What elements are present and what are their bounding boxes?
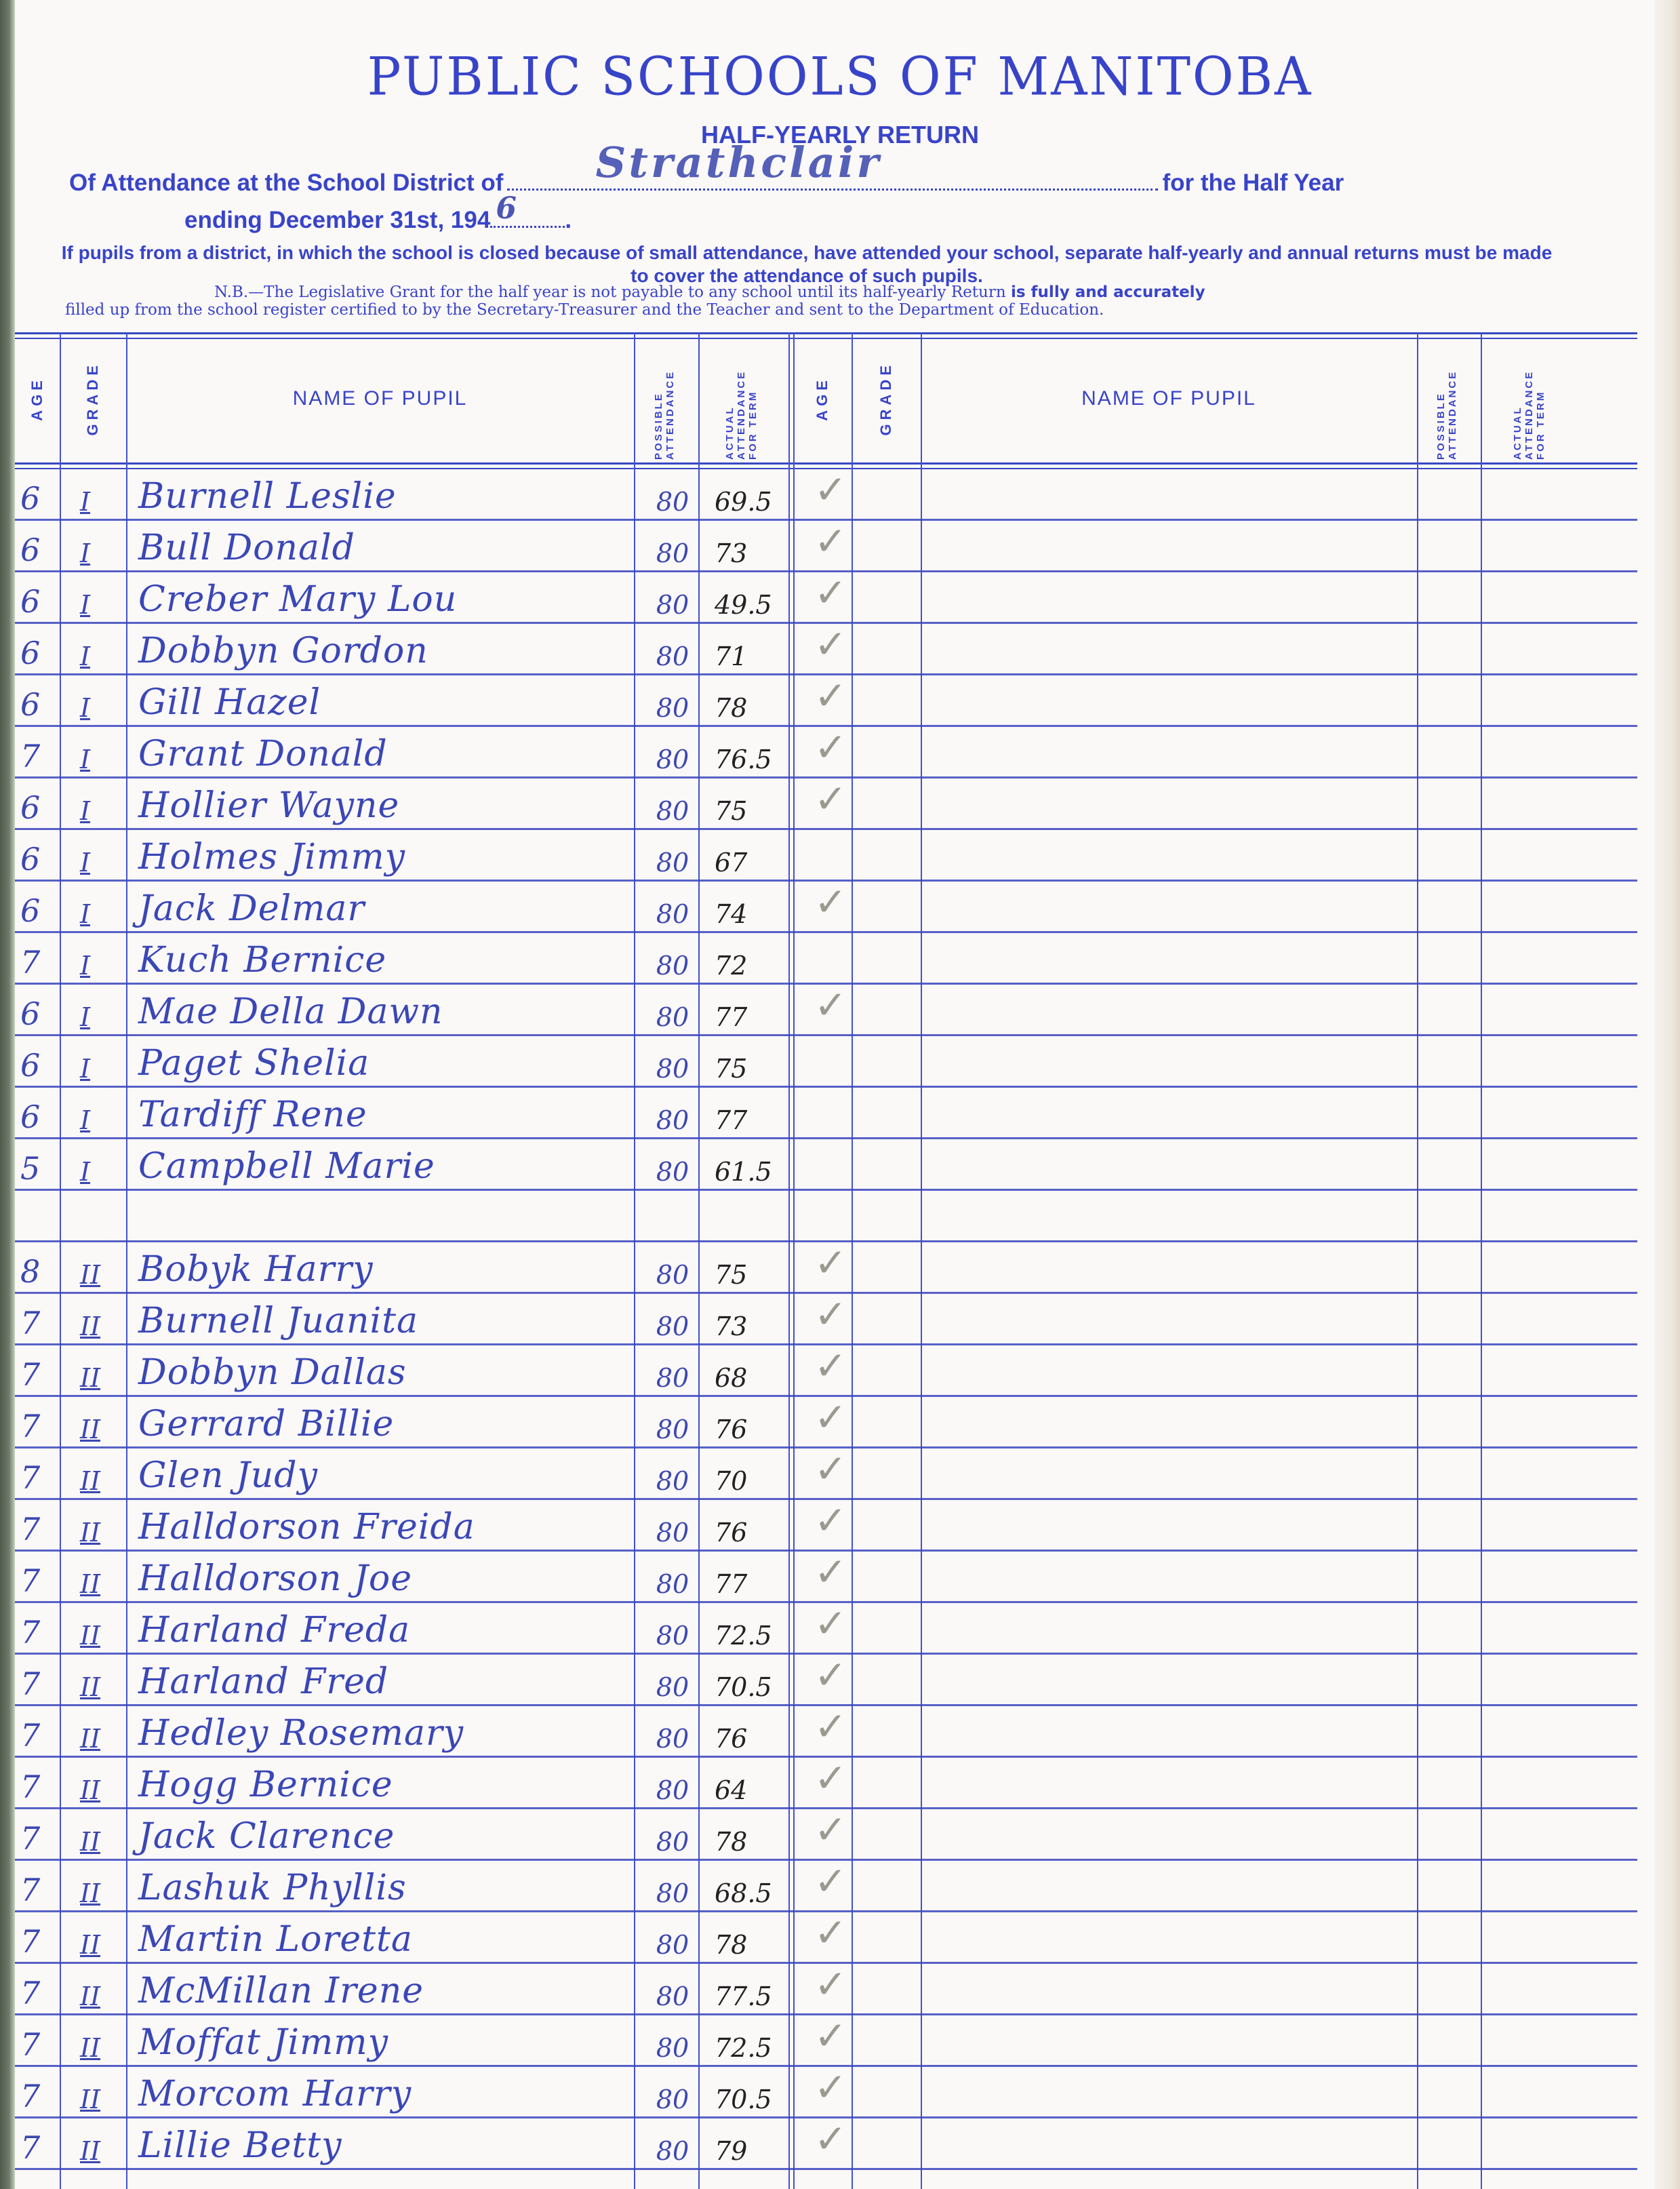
pupil-age: 8 [20,1253,61,1290]
pupil-grade: II [80,1724,121,1754]
pupil-age: 6 [20,841,61,877]
pupil-name: Lashuk Phyllis [138,1868,654,1908]
pupil-name: Bobyk Harry [138,1249,654,1290]
pupil-name: Morcom Harry [138,2074,654,2114]
pupil-grade: I [80,848,121,877]
pupil-name: Creber Mary Lou [138,579,654,620]
nb-text2: filled up from the school register certi… [65,301,1557,319]
pupil-grade: II [80,2033,121,2063]
pupil-grade: I [80,642,121,671]
pupil-age: 6 [20,686,61,723]
pupil-name: Dobbyn Gordon [138,631,654,671]
pupil-age: 7 [20,1717,61,1754]
pupil-name: Halldorson Freida [138,1507,654,1547]
actual-attendance: 76 [715,1724,789,1754]
pupil-age: 6 [20,789,61,826]
header-possible: POSSIBLE ATTENDANCE [634,338,698,460]
table-row[interactable]: 7IKuch Bernice8072 [15,933,1637,985]
actual-attendance: 75 [715,1054,789,1084]
pupil-age: 6 [20,892,61,929]
table-row[interactable]: 7IIHalldorson Joe8077✓ [15,1552,1637,1603]
pupil-age: 7 [20,1459,61,1496]
pupil-grade: I [80,1157,121,1187]
actual-attendance: 77 [715,1002,789,1032]
pupil-name: Grant Donald [138,734,654,774]
ending-line: ending December 31st, 1946. [184,207,572,234]
pupil-age: 7 [20,1614,61,1651]
actual-attendance: 71 [715,642,789,671]
nb-note: N.B.—The Legislative Grant for the half … [65,283,1557,319]
actual-attendance: 64 [715,1775,789,1805]
possible-attendance: 80 [645,1981,700,2011]
check-mark-icon: ✓ [807,724,854,770]
table-row[interactable]: 8IIBobyk Harry8075✓ [15,1242,1637,1294]
check-mark-icon: ✓ [807,621,854,667]
pupil-grade: II [80,2136,121,2166]
nb-bold: is fully and accurately [1011,283,1205,301]
header-grade: GRADE [60,338,126,460]
check-mark-icon: ✓ [807,1910,854,1956]
table-row[interactable]: 6IHollier Wayne8075✓ [15,778,1637,830]
pupil-age: 7 [20,2078,61,2114]
pupil-age: 7 [20,1665,61,1702]
pupil-name: Burnell Juanita [138,1301,654,1341]
table-row[interactable]: 7IIMoffat Jimmy8072.5✓ [15,2015,1637,2067]
actual-attendance: 77.5 [715,1981,789,2011]
possible-attendance: 80 [645,1775,700,1805]
actual-attendance: 79 [715,2136,789,2166]
pupil-grade: II [80,1312,121,1341]
header-bottom-rule [15,462,1637,465]
pupil-age: 5 [20,1150,61,1187]
pupil-name: Lillie Betty [138,2125,654,2166]
check-mark-icon: ✓ [807,1652,854,1698]
actual-attendance: 72.5 [715,2033,789,2063]
actual-attendance: 75 [715,796,789,826]
header-age: AGE [15,338,60,460]
pupil-age: 6 [20,532,61,568]
actual-attendance: 69.5 [715,487,789,517]
possible-attendance: 80 [645,1157,700,1187]
pupil-age: 7 [20,1511,61,1547]
pupil-age: 7 [20,1408,61,1444]
actual-attendance: 68.5 [715,1878,789,1908]
pupil-grade: I [80,796,121,826]
pupil-grade: II [80,1466,121,1496]
table-row[interactable]: 6IJack Delmar8074✓ [15,882,1637,933]
pupil-name: Halldorson Joe [138,1558,654,1599]
district-label: Of Attendance at the School District of [69,170,503,196]
pupil-age: 6 [20,635,61,671]
table-row[interactable]: 7IILillie Betty8079✓ [15,2118,1637,2170]
check-mark-icon: ✓ [807,1807,854,1853]
pupil-grade: II [80,1415,121,1444]
possible-attendance: 80 [645,1260,700,1290]
possible-attendance: 80 [645,1878,700,1908]
possible-attendance: 80 [645,1518,700,1547]
possible-attendance: 80 [645,796,700,826]
pupil-grade: I [80,1054,121,1084]
half-year-label: for the Half Year [1162,170,1344,196]
check-mark-icon: ✓ [807,467,854,513]
pupil-age: 7 [20,1562,61,1599]
actual-attendance: 76 [715,1415,789,1444]
actual-attendance: 77 [715,1569,789,1599]
actual-attendance: 76 [715,1518,789,1547]
possible-attendance: 80 [645,1930,700,1960]
actual-attendance: 49.5 [715,590,789,620]
actual-attendance: 70 [715,1466,789,1496]
table-row[interactable]: 7IIBurnell Juanita8073✓ [15,1294,1637,1345]
check-mark-icon: ✓ [807,570,854,616]
pupil-grade: I [80,487,121,517]
table-row[interactable]: 6IMae Della Dawn8077✓ [15,985,1637,1036]
table-row[interactable]: 6IHolmes Jimmy8067 [15,830,1637,882]
pupil-name: Glen Judy [138,1455,654,1496]
check-mark-icon: ✓ [807,1961,854,2007]
pupil-name: Jack Delmar [138,888,654,929]
pupil-grade: I [80,745,121,774]
header-name: NAME OF PUPIL [126,338,634,460]
page-edge [1654,0,1680,2189]
actual-attendance: 67 [715,848,789,877]
actual-attendance: 70.5 [715,2085,789,2114]
pupil-age: 6 [20,995,61,1032]
table-row[interactable]: 7IIHedley Rosemary8076✓ [15,1706,1637,1758]
check-mark-icon: ✓ [807,518,854,564]
table-row[interactable]: 7IIHogg Bernice8064✓ [15,1758,1637,1809]
pupil-grade: I [80,1002,121,1032]
check-mark-icon: ✓ [807,1497,854,1543]
possible-attendance: 80 [645,590,700,620]
table-row[interactable]: 7IIHalldorson Freida8076✓ [15,1500,1637,1552]
pupil-age: 6 [20,1099,61,1135]
pupil-grade: II [80,1775,121,1805]
header-actual-2: ACTUAL ATTENDANCE FOR TERM [1481,338,1582,460]
pupil-grade: I [80,951,121,981]
pupil-age: 7 [20,738,61,774]
pupil-grade: II [80,1672,121,1702]
table-row[interactable]: 7IIHarland Fred8070.5✓ [15,1655,1637,1706]
pupil-name: Hogg Bernice [138,1764,654,1805]
possible-attendance: 80 [645,2033,700,2063]
pupil-grade: II [80,2085,121,2114]
possible-attendance: 80 [645,1672,700,1702]
possible-attendance: 80 [645,1415,700,1444]
check-mark-icon: ✓ [807,2013,854,2059]
possible-attendance: 80 [645,693,700,723]
pupil-name: Mae Della Dawn [138,991,654,1032]
pupil-age: 7 [20,2129,61,2166]
check-mark-icon: ✓ [807,2064,854,2110]
attendance-table: AGE GRADE NAME OF PUPIL POSSIBLE ATTENDA… [15,332,1637,2189]
possible-attendance: 80 [645,1569,700,1599]
check-mark-icon: ✓ [807,1291,854,1337]
check-mark-icon: ✓ [807,1755,854,1801]
actual-attendance: 72 [715,951,789,981]
actual-attendance: 73 [715,538,789,568]
pupil-name: Harland Fred [138,1661,654,1702]
page-title: PUBLIC SCHOOLS OF MANITOBA [0,46,1680,107]
district-line: Of Attendance at the School District ofS… [69,168,1344,197]
table-row[interactable]: 7IIMcMillan Irene8077.5✓ [15,1964,1637,2015]
pupil-age: 6 [20,480,61,517]
possible-attendance: 80 [645,642,700,671]
table-row[interactable]: 6IDobbyn Gordon8071✓ [15,624,1637,675]
table-row[interactable]: 7IIMorcom Harry8070.5✓ [15,2067,1637,2118]
pupil-name: Burnell Leslie [138,476,654,517]
pupil-grade: I [80,1105,121,1135]
actual-attendance: 72.5 [715,1621,789,1651]
table-row[interactable]: 7IILashuk Phyllis8068.5✓ [15,1861,1637,1912]
possible-attendance: 80 [645,848,700,877]
table-row[interactable]: 7IIMartin Loretta8078✓ [15,1912,1637,1964]
check-mark-icon: ✓ [807,1858,854,1904]
pupil-grade: II [80,1518,121,1547]
actual-attendance: 76.5 [715,745,789,774]
pupil-age: 7 [20,1975,61,2011]
possible-attendance: 80 [645,487,700,517]
table-row[interactable]: 7IGrant Donald8076.5✓ [15,727,1637,778]
pupil-name: Dobbyn Dallas [138,1352,654,1393]
check-mark-icon: ✓ [807,1343,854,1389]
table-row[interactable]: 7IIGlen Judy8070✓ [15,1448,1637,1500]
table-row[interactable]: 7IIHarland Freda8072.5✓ [15,1603,1637,1655]
actual-attendance: 73 [715,1312,789,1341]
pupil-name: Gerrard Billie [138,1404,654,1444]
actual-attendance: 75 [715,1260,789,1290]
pupil-grade: II [80,1363,121,1393]
pupil-name: Paget Shelia [138,1043,654,1084]
book-binding [0,0,15,2189]
possible-attendance: 80 [645,1827,700,1857]
pupil-name: Gill Hazel [138,682,654,723]
pupil-grade: II [80,1981,121,2011]
pupil-grade: II [80,1827,121,1857]
year-value: 6 [496,191,517,226]
check-mark-icon: ✓ [807,879,854,925]
actual-attendance: 61.5 [715,1157,789,1187]
table-row[interactable]: 5ICampbell Marie8061.5 [15,1139,1637,1191]
actual-attendance: 78 [715,1930,789,1960]
possible-attendance: 80 [645,1105,700,1135]
actual-attendance: 74 [715,899,789,929]
pupil-age: 7 [20,944,61,981]
possible-attendance: 80 [645,899,700,929]
pupil-grade: II [80,1878,121,1908]
pupil-name: Jack Clarence [138,1816,654,1857]
header-possible-2: POSSIBLE ATTENDANCE [1417,338,1481,460]
possible-attendance: 80 [645,1466,700,1496]
pupil-age: 7 [20,2026,61,2063]
check-mark-icon: ✓ [807,1600,854,1646]
actual-attendance: 78 [715,693,789,723]
pupil-name: Moffat Jimmy [138,2022,654,2063]
check-mark-icon: ✓ [807,1446,854,1492]
pupil-age: 6 [20,583,61,620]
pupil-grade: II [80,1260,121,1290]
pupil-grade: I [80,590,121,620]
table-row[interactable]: 6IBull Donald8073✓ [15,521,1637,572]
pupil-name: Martin Loretta [138,1919,654,1960]
check-mark-icon: ✓ [807,1549,854,1595]
district-value: Strathclair [595,138,881,187]
check-mark-icon: ✓ [807,776,854,822]
pupil-name: Hedley Rosemary [138,1713,654,1754]
year-field[interactable]: 6 [490,208,565,228]
actual-attendance: 68 [715,1363,789,1393]
pupil-grade: I [80,693,121,723]
table-row[interactable]: 6ITardiff Rene8077 [15,1088,1637,1139]
actual-attendance: 70.5 [715,1672,789,1702]
pupil-age: 6 [20,1047,61,1084]
possible-attendance: 80 [645,538,700,568]
pupil-age: 7 [20,1305,61,1341]
table-row[interactable]: 7IIGerrard Billie8076✓ [15,1397,1637,1448]
possible-attendance: 80 [645,2136,700,2166]
possible-attendance: 80 [645,951,700,981]
nb-text: N.B.—The Legislative Grant for the half … [214,283,1006,301]
check-mark-icon: ✓ [807,1240,854,1286]
table-row[interactable]: 6ICreber Mary Lou8049.5✓ [15,572,1637,624]
table-top-rule [15,332,1637,334]
ending-label: ending December 31st, 194 [184,207,490,233]
possible-attendance: 80 [645,1312,700,1341]
pupil-name: Bull Donald [138,528,654,568]
row-rule [15,2168,1637,2170]
check-mark-icon: ✓ [807,982,854,1028]
possible-attendance: 80 [645,1363,700,1393]
pupil-grade: I [80,899,121,929]
pupil-name: Holmes Jimmy [138,837,654,877]
possible-attendance: 80 [645,1724,700,1754]
table-row[interactable]: 7IIDobbyn Dallas8068✓ [15,1345,1637,1397]
table-row[interactable]: 6IGill Hazel8078✓ [15,675,1637,727]
pupil-name: Kuch Bernice [138,940,654,981]
pupil-grade: II [80,1621,121,1651]
possible-attendance: 80 [645,2085,700,2114]
possible-attendance: 80 [645,1002,700,1032]
check-mark-icon: ✓ [807,1703,854,1750]
district-field[interactable]: Strathclair [507,168,1158,191]
pupil-grade: I [80,538,121,568]
pupil-name: Hollier Wayne [138,785,654,826]
possible-attendance: 80 [645,1054,700,1084]
pupil-name: McMillan Irene [138,1971,654,2011]
header-age-2: AGE [793,338,852,460]
table-row[interactable]: 6IBurnell Leslie8069.5✓ [15,469,1637,521]
possible-attendance: 80 [645,745,700,774]
check-mark-icon: ✓ [807,2116,854,2162]
notice-text: If pupils from a district, in which the … [54,241,1559,288]
pupil-grade: II [80,1930,121,1960]
table-row[interactable] [15,1191,1637,1242]
pupil-name: Campbell Marie [138,1146,654,1187]
pupil-age: 7 [20,1923,61,1960]
pupil-age: 7 [20,1820,61,1857]
pupil-age: 7 [20,1356,61,1393]
pupil-name: Harland Freda [138,1610,654,1651]
header-actual: ACTUAL ATTENDANCE FOR TERM [698,338,788,460]
pupil-age: 7 [20,1769,61,1805]
table-row[interactable]: 6IPaget Shelia8075 [15,1036,1637,1088]
check-mark-icon: ✓ [807,673,854,719]
header-grade-2: GRADE [852,338,921,460]
actual-attendance: 77 [715,1105,789,1135]
pupil-age: 7 [20,1872,61,1908]
pupil-grade: II [80,1569,121,1599]
table-row[interactable]: 7IIJack Clarence8078✓ [15,1809,1637,1861]
possible-attendance: 80 [645,1621,700,1651]
header-name-2: NAME OF PUPIL [921,338,1417,460]
actual-attendance: 78 [715,1827,789,1857]
check-mark-icon: ✓ [807,1394,854,1440]
pupil-name: Tardiff Rene [138,1094,654,1135]
